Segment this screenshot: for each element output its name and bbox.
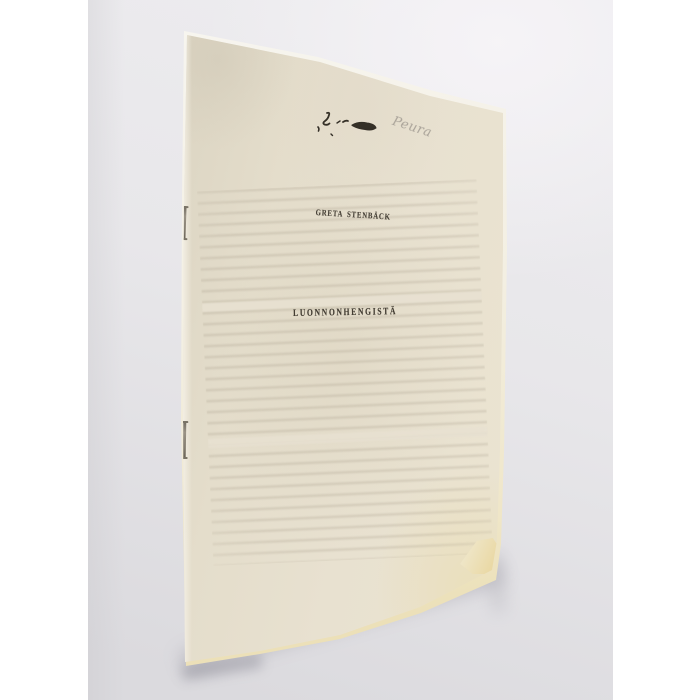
show-through-text	[197, 179, 493, 566]
booklet-title: LUONNONHENGISTÄ	[293, 306, 397, 319]
paragraph-gap	[208, 427, 488, 448]
white-margin-right	[613, 0, 700, 700]
booklet-cover: Peura GRETA STENBÄCK LUONNONHENGISTÄ	[178, 28, 512, 668]
photo-backdrop: Peura GRETA STENBÄCK LUONNONHENGISTÄ	[88, 0, 613, 700]
pencil-inscription: Peura	[390, 114, 433, 141]
product-photo: Peura GRETA STENBÄCK LUONNONHENGISTÄ	[0, 0, 700, 700]
ink-scribble	[312, 110, 380, 144]
white-margin-left	[0, 0, 88, 700]
